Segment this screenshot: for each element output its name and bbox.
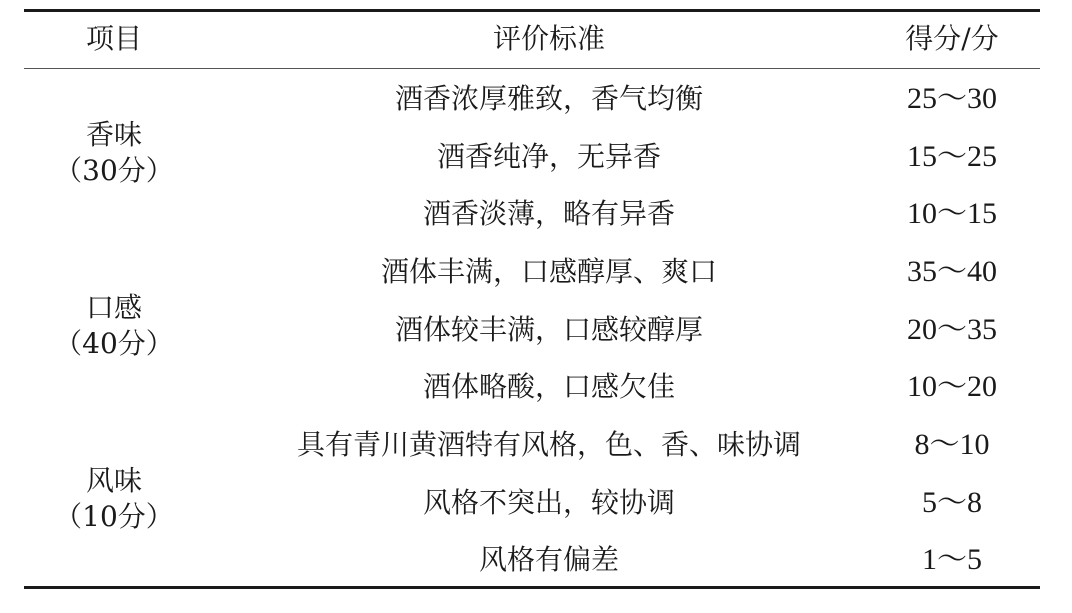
score-cell: 10～20: [884, 369, 1020, 405]
score-cell: 10～15: [884, 196, 1020, 232]
group-label-flavor: 风味 （10分）: [24, 463, 204, 535]
header-criteria: 评价标准: [204, 21, 894, 57]
group-points: （30分）: [24, 153, 204, 189]
criteria-cell: 酒体略酸，口感欠佳: [204, 369, 894, 405]
group-item: 风味: [24, 463, 204, 499]
group-points: （40分）: [24, 326, 204, 362]
criteria-cell: 酒体丰满，口感醇厚、爽口: [204, 254, 894, 290]
group-item: 口感: [24, 290, 204, 326]
header-rule: [24, 68, 1040, 69]
criteria-cell: 具有青川黄酒特有风格，色、香、味协调: [204, 427, 894, 463]
score-cell: 25～30: [884, 81, 1020, 117]
group-item: 香味: [24, 117, 204, 153]
score-cell: 20～35: [884, 312, 1020, 348]
criteria-cell: 风格有偏差: [204, 542, 894, 578]
criteria-cell: 酒香淡薄，略有异香: [204, 196, 894, 232]
header-item: 项目: [24, 21, 204, 57]
score-cell: 5～8: [884, 485, 1020, 521]
score-cell: 35～40: [884, 254, 1020, 290]
group-points: （10分）: [24, 499, 204, 535]
criteria-cell: 风格不突出，较协调: [204, 485, 894, 521]
criteria-cell: 酒香浓厚雅致，香气均衡: [204, 81, 894, 117]
group-label-mouthfeel: 口感 （40分）: [24, 290, 204, 362]
group-label-aroma: 香味 （30分）: [24, 117, 204, 189]
bottom-rule: [24, 586, 1040, 589]
criteria-cell: 酒体较丰满，口感较醇厚: [204, 312, 894, 348]
score-cell: 15～25: [884, 139, 1020, 175]
score-cell: 8～10: [884, 427, 1020, 463]
header-score: 得分/分: [884, 21, 1020, 57]
top-rule: [24, 9, 1040, 12]
score-cell: 1～5: [884, 542, 1020, 578]
criteria-cell: 酒香纯净，无异香: [204, 139, 894, 175]
